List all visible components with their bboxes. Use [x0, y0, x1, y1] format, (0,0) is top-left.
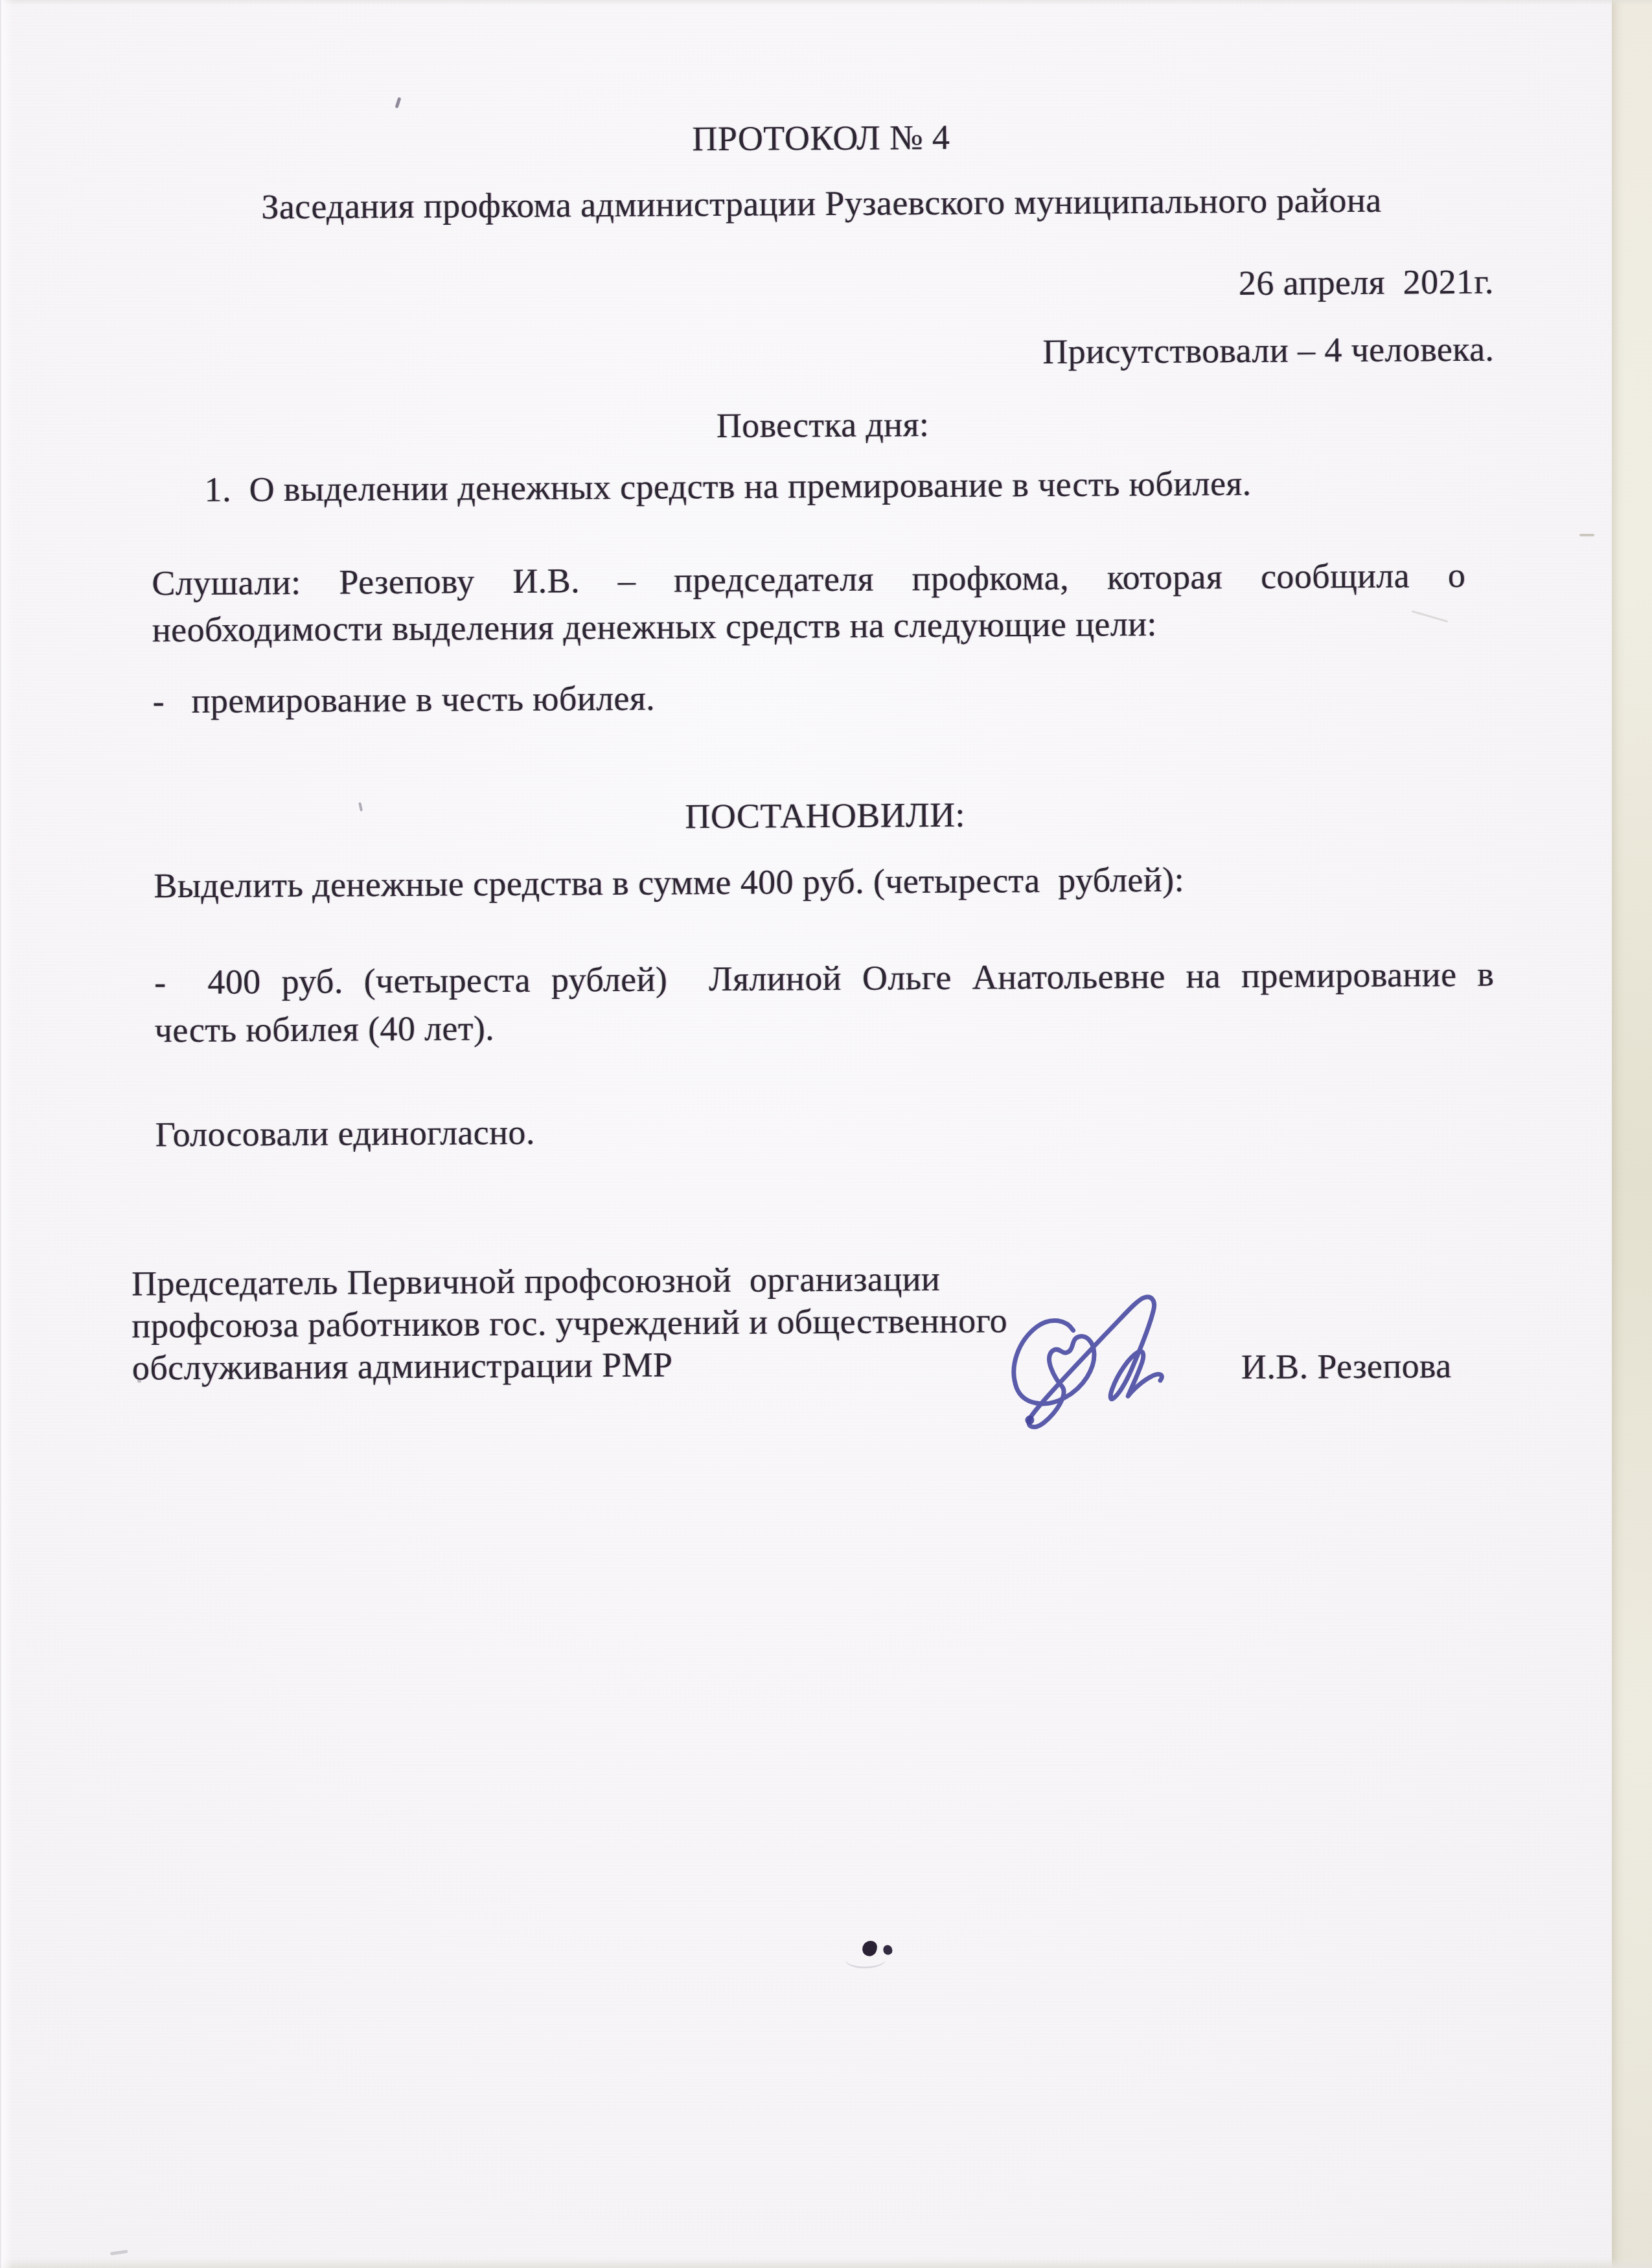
protocol-date: 26 апреля 2021г.: [1239, 262, 1494, 303]
handwritten-signature: [996, 1289, 1192, 1458]
resolved-item-line-1: - 400 руб. (четыреста рублей) Лялиной Ол…: [154, 954, 1494, 1003]
vote-result: Голосовали единогласно.: [155, 1112, 535, 1155]
resolved-intro: Выделить денежные средства в сумме 400 р…: [154, 860, 1184, 906]
signature-role-line-2: профсоюза работников гос. учреждений и о…: [132, 1300, 1007, 1346]
ink-blot: [883, 1945, 892, 1954]
signature-role-line-1: Председатель Первичной профсоюзной орган…: [132, 1259, 941, 1304]
document-content: ПРОТОКОЛ № 4 Заседания профкома админист…: [0, 0, 1652, 2268]
scan-speck: [395, 97, 402, 109]
signature-scribble: [996, 1289, 1192, 1458]
scan-speck: [137, 1379, 141, 1382]
resolved-heading: ПОСТАНОВИЛИ:: [0, 790, 1651, 841]
resolved-item-line-2: честь юбилея (40 лет).: [155, 1008, 495, 1050]
signatory-name: И.В. Резепова: [1241, 1346, 1452, 1387]
agenda-item-1: 1. О выделении денежных средств на преми…: [204, 463, 1251, 510]
scanned-document-page: ПРОТОКОЛ № 4 Заседания профкома админист…: [0, 0, 1652, 2268]
ink-smudge: [845, 1951, 885, 1968]
heard-paragraph-line-1: Слушали: Резепову И.В. – председателя пр…: [152, 555, 1465, 603]
agenda-heading: Повестка дня:: [0, 400, 1649, 450]
heard-paragraph-line-2: необходимости выделения денежных средств…: [152, 604, 1157, 650]
protocol-title: ПРОТОКОЛ № 4: [0, 113, 1647, 163]
scan-speck: [1579, 534, 1594, 536]
protocol-subtitle: Заседания профкома администрации Рузаевс…: [0, 178, 1647, 229]
attendees-line: Присутствовали – 4 человека.: [1042, 329, 1494, 372]
heard-bullet: - премирование в честь юбилея.: [152, 678, 655, 722]
scan-speck: [110, 2250, 128, 2256]
signature-role-line-3: обслуживания администрации РМР: [132, 1344, 673, 1388]
